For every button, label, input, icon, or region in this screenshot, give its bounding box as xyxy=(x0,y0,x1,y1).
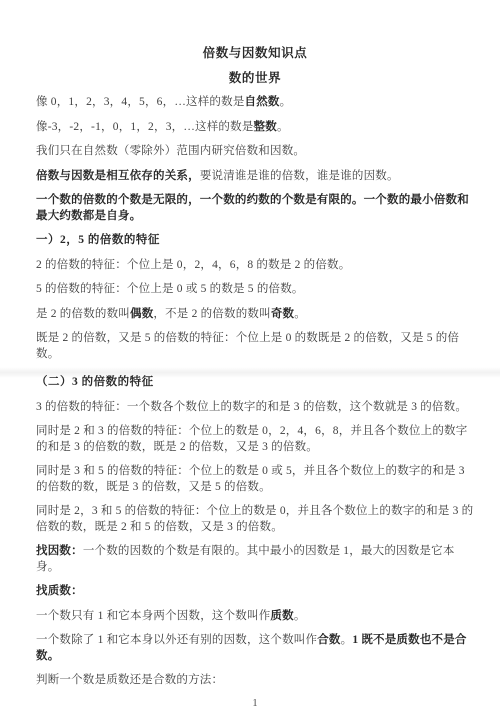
p-judge-method: 判断一个数是质数还是合数的方法： xyxy=(36,673,474,689)
p-composite-def: 一个数除了 1 和它本身以外还有别的因数，这个数叫作合数。1 既不是质数也不是合… xyxy=(36,633,474,664)
p-multiples-of-5: 5 的倍数的特征：个位上是 0 或 5 的数是 5 的倍数。 xyxy=(36,282,474,298)
text-segment: 。 xyxy=(277,121,289,133)
p-multiples-of-3-5: 同时是 3 和 5 的倍数的特征：个位上的数是 0 或 5，并且各个数位上的数字… xyxy=(36,464,474,495)
p-interdependence: 倍数与因数是相互依存的关系，要说清谁是谁的倍数，谁是谁的因数。 xyxy=(36,169,474,185)
text-segment: 一个数除了 1 和它本身以外还有别的因数，这个数叫作 xyxy=(36,634,317,646)
p-multiples-of-2-and-5: 既是 2 的倍数，又是 5 的倍数的特征：个位上是 0 的数既是 2 的倍数，又… xyxy=(36,331,474,362)
text-segment: 既是 2 的倍数，又是 5 的倍数的特征：个位上是 0 的数既是 2 的倍数，又… xyxy=(36,332,459,360)
text-segment: 。 xyxy=(294,610,306,622)
text-segment: 3 的倍数的特征：一个数各个数位上的数字的和是 3 的倍数，这个数就是 3 的倍… xyxy=(36,401,467,413)
text-segment: 同时是 2，3 和 5 的倍数的特征：个位上的数是 0，并且各个数位上的数字的和… xyxy=(36,505,473,533)
p-find-factors: 找因数：一个数的因数的个数是有限的。其中最小的因数是 1，最大的因数是它本身。 xyxy=(36,544,474,575)
text-segment: 倍数与因数是相互依存的关系， xyxy=(36,170,200,182)
document-title: 倍数与因数知识点 xyxy=(36,45,474,61)
text-segment: 。 xyxy=(341,634,353,646)
text-segment: 像-3，-2，-1，0，1，2，3，…这样的数是 xyxy=(36,121,254,133)
text-segment: 是 2 的倍数的数叫 xyxy=(36,308,130,320)
text-segment: 同时是 3 和 5 的倍数的特征：个位上的数是 0 或 5，并且各个数位上的数字… xyxy=(36,465,465,493)
p-prime-def: 一个数只有 1 和它本身两个因数，这个数叫作质数。 xyxy=(36,609,474,625)
p-count-rule: 一个数的倍数的个数是无限的，一个数的约数的个数是有限的。一个数的最小倍数和最大约… xyxy=(36,193,474,224)
page-number: 1 xyxy=(36,698,474,708)
text-segment: 整数 xyxy=(254,121,277,133)
text-segment: 我们只在自然数（零除外）范围内研究倍数和因数。 xyxy=(36,145,305,157)
text-segment: 一个数只有 1 和它本身两个因数，这个数叫作 xyxy=(36,610,270,622)
p-multiples-of-2: 2 的倍数的特征：个位上是 0，2，4，6，8 的数是 2 的倍数。 xyxy=(36,258,474,274)
text-segment: （二）3 的倍数的特征 xyxy=(36,376,154,388)
p-multiples-of-2-3: 同时是 2 和 3 的倍数的特征：个位上的数是 0，2，4，6，8，并且各个数位… xyxy=(36,424,474,455)
text-segment: 合数 xyxy=(317,634,340,646)
document-subtitle: 数的世界 xyxy=(36,70,474,86)
text-segment: 。 xyxy=(294,308,306,320)
p-scope-note: 我们只在自然数（零除外）范围内研究倍数和因数。 xyxy=(36,144,474,160)
document-body: 像 0，1，2，3，4，5，6，…这样的数是自然数。像-3，-2，-1，0，1，… xyxy=(36,95,474,689)
text-segment: 。 xyxy=(280,96,292,108)
text-segment: 像 0，1，2，3，4，5，6，…这样的数是 xyxy=(36,96,245,108)
text-segment: 奇数 xyxy=(271,308,294,320)
text-segment: 5 的倍数的特征：个位上是 0 或 5 的数是 5 的倍数。 xyxy=(36,283,304,295)
text-segment: 质数 xyxy=(270,610,293,622)
document-page: 倍数与因数知识点 数的世界 像 0，1，2，3，4，5，6，…这样的数是自然数。… xyxy=(0,0,500,708)
p-natural-numbers: 像 0，1，2，3，4，5，6，…这样的数是自然数。 xyxy=(36,95,474,111)
text-segment: 一个数的因数的个数是有限的。其中最小的因数是 1，最大的因数是它本身。 xyxy=(36,545,455,573)
text-segment: 自然数 xyxy=(245,96,280,108)
text-segment: 找质数： xyxy=(36,585,83,597)
text-segment: 要说清谁是谁的倍数，谁是谁的因数。 xyxy=(200,170,399,182)
text-segment: 同时是 2 和 3 的倍数的特征：个位上的数是 0，2，4，6，8，并且各个数位… xyxy=(36,425,467,453)
p-even-odd: 是 2 的倍数的数叫偶数，不是 2 的倍数的数叫奇数。 xyxy=(36,307,474,323)
text-segment: ，不是 2 的倍数的数叫 xyxy=(153,308,270,320)
text-segment: 一个数的倍数的个数是无限的，一个数的约数的个数是有限的。一个数的最小倍数和最大约… xyxy=(36,194,469,222)
p-integers: 像-3，-2，-1，0，1，2，3，…这样的数是整数。 xyxy=(36,120,474,136)
text-segment: 偶数 xyxy=(130,308,153,320)
text-segment: 2 的倍数的特征：个位上是 0，2，4，6，8 的数是 2 的倍数。 xyxy=(36,259,350,271)
p-multiples-of-2-3-5: 同时是 2，3 和 5 的倍数的特征：个位上的数是 0，并且各个数位上的数字的和… xyxy=(36,504,474,535)
p-find-primes: 找质数： xyxy=(36,584,474,600)
text-segment: 判断一个数是质数还是合数的方法： xyxy=(36,674,223,686)
text-segment: 一）2，5 的倍数的特征 xyxy=(36,234,160,246)
text-segment: 找因数： xyxy=(36,545,83,557)
h-section-2: （二）3 的倍数的特征 xyxy=(36,371,474,391)
p-multiples-of-3: 3 的倍数的特征：一个数各个数位上的数字的和是 3 的倍数，这个数就是 3 的倍… xyxy=(36,400,474,416)
h-section-1: 一）2，5 的倍数的特征 xyxy=(36,233,474,249)
